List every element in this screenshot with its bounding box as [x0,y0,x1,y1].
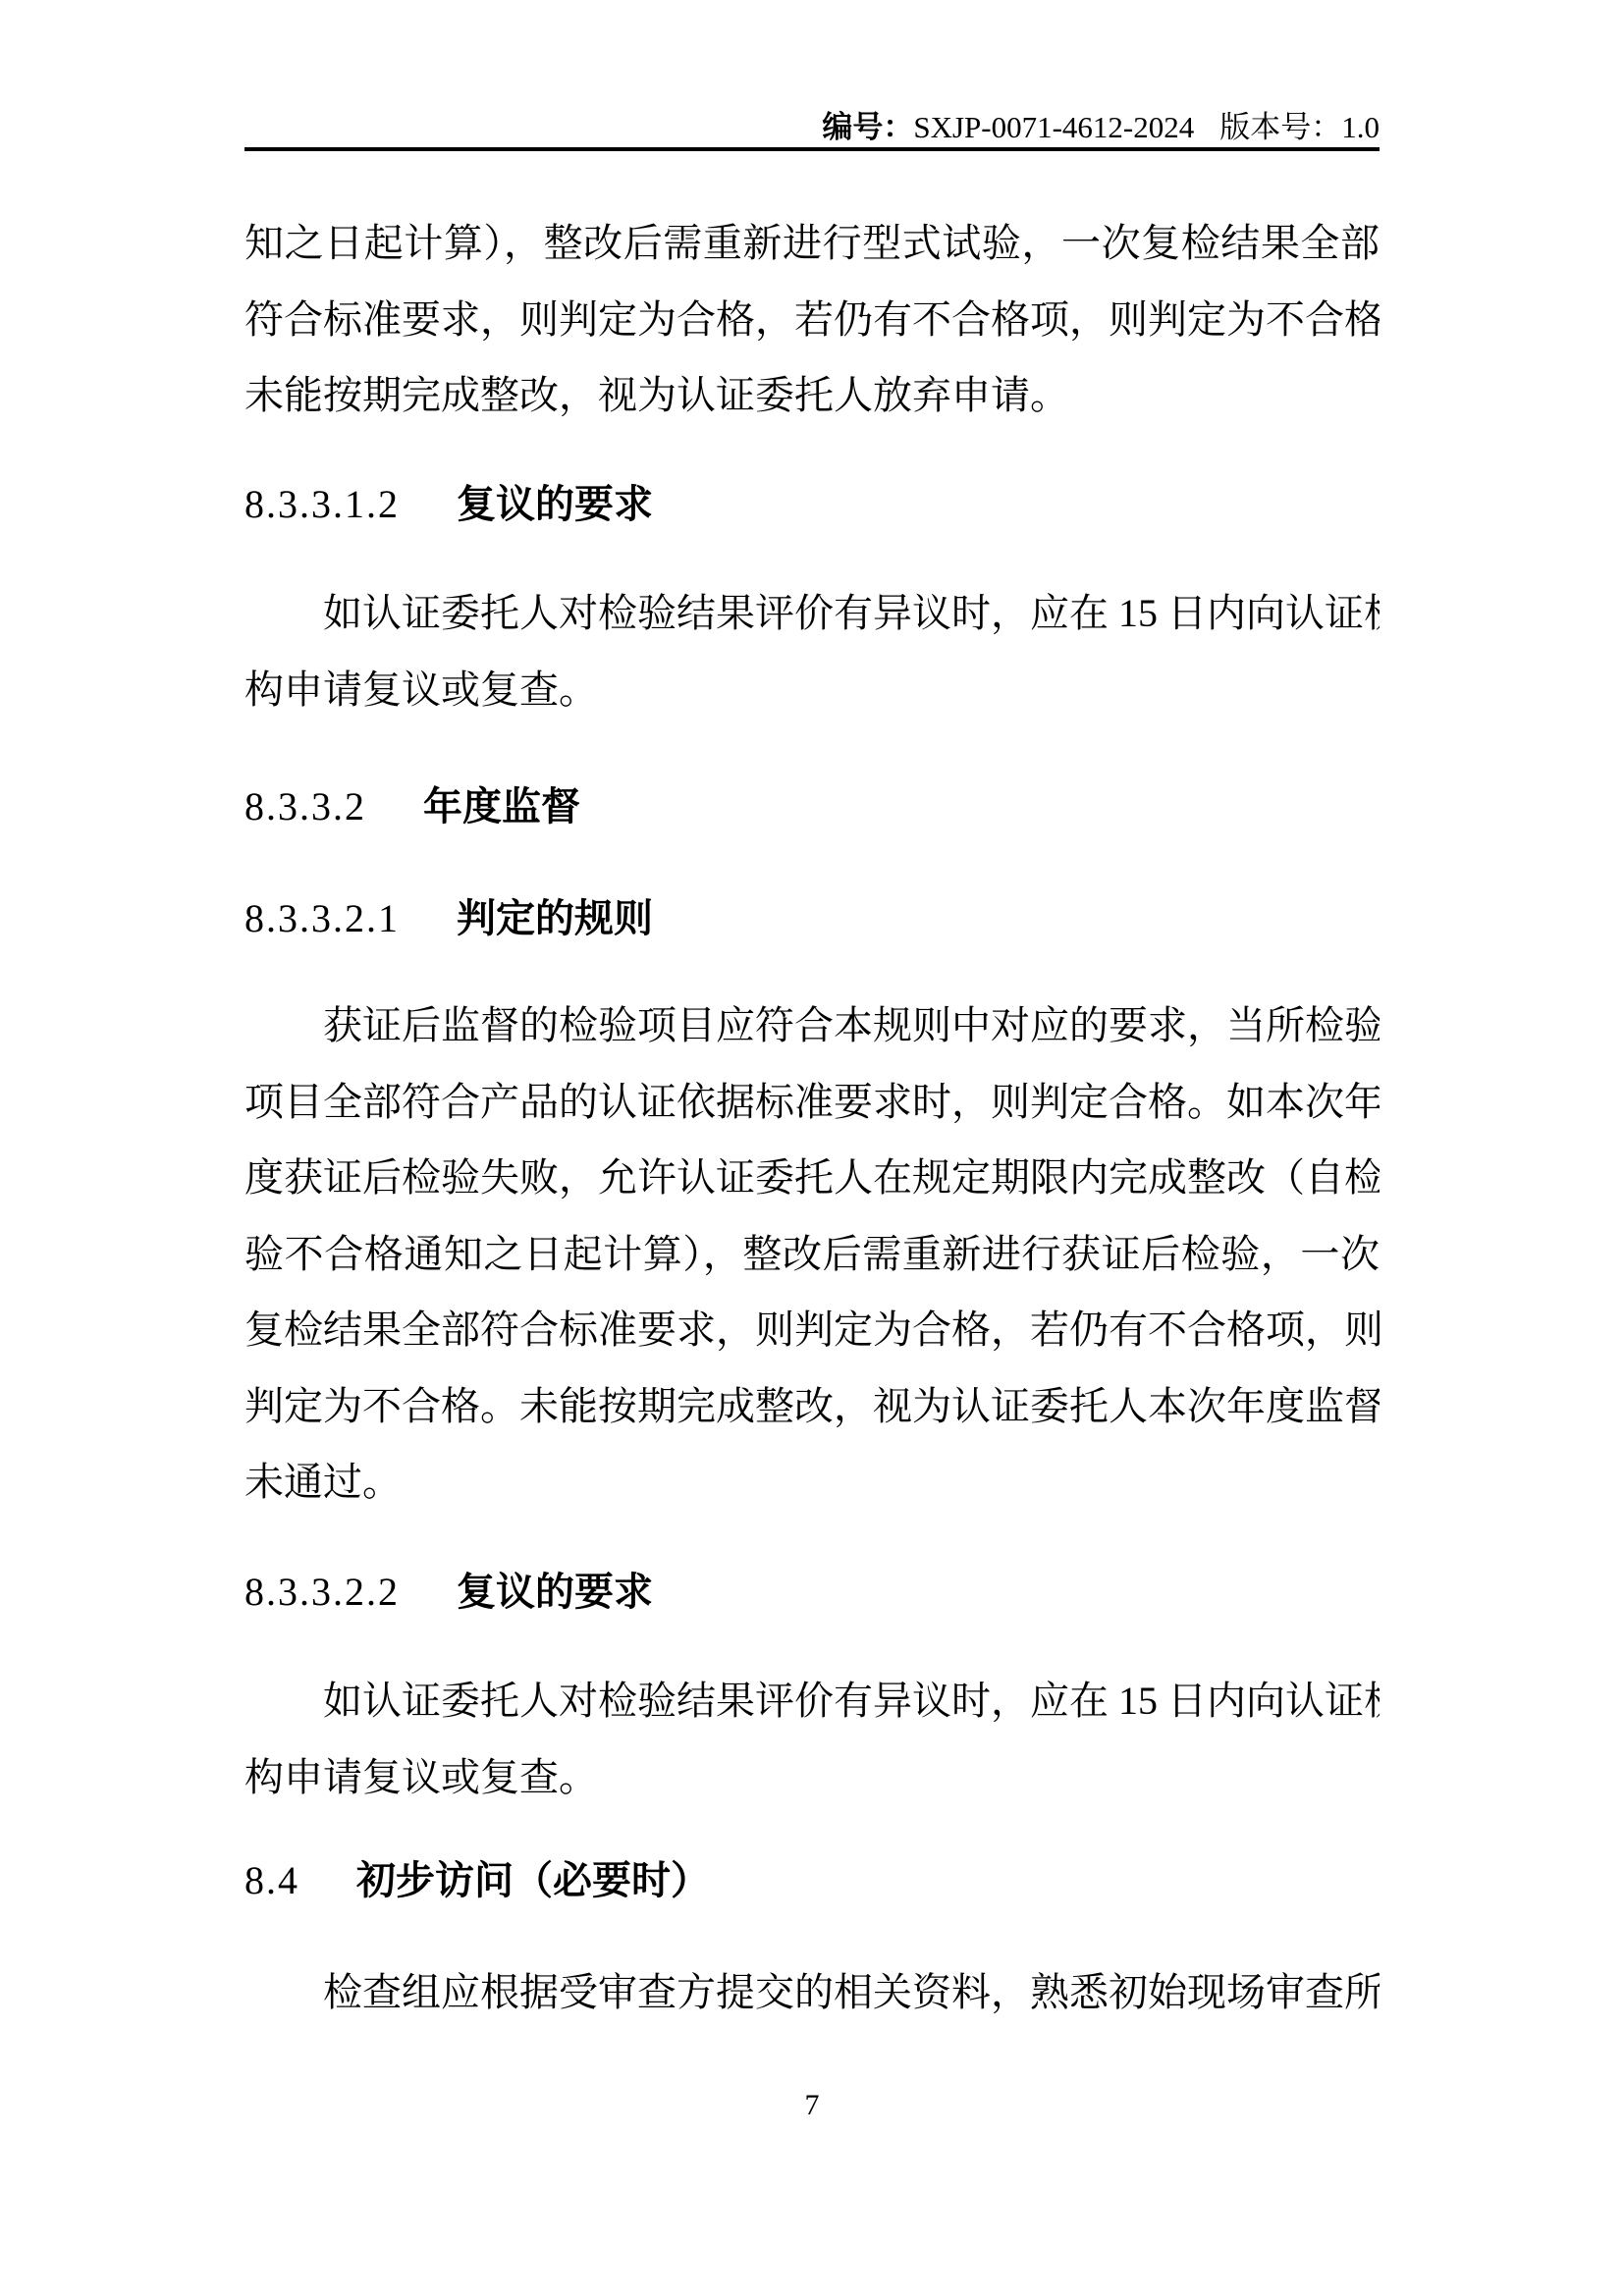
paragraph-line: 构申请复议或复查。 [244,1739,1380,1816]
section-title: 判定的规则 [457,897,653,940]
section-number: 8.4 [244,1858,299,1902]
section-heading-8-3-3-1-2: 8.3.3.1.2复议的要求 [244,483,1380,526]
paragraph-line: 符合标准要求，则判定为合格，若仍有不合格项，则判定为不合格。 [244,282,1380,358]
section-title: 复议的要求 [457,1571,653,1614]
header-rule [244,147,1380,151]
paragraph-line: 如认证委托人对检验结果评价有异议时，应在 15 日内向认证机 [244,575,1380,652]
paragraph-line: 检查组应根据受审查方提交的相关资料，熟悉初始现场审查所 [244,1954,1380,2031]
page-number: 7 [244,2089,1380,2122]
version-label: 版本号： [1219,110,1341,144]
paragraph-line: 知之日起计算），整改后需重新进行型式试验，一次复检结果全部 [244,205,1380,282]
paragraph-line: 未通过。 [244,1444,1380,1521]
document-page: 编号：SXJP-0071-4612-2024版本号：1.0 知之日起计算），整改… [0,0,1624,2296]
section-heading-8-4: 8.4初步访问（必要时） [244,1859,1380,1902]
doc-number-value: SXJP-0071-4612-2024 [913,110,1194,144]
paragraph-line: 项目全部符合产品的认证依据标准要求时，则判定合格。如本次年 [244,1064,1380,1141]
section-title: 复议的要求 [457,483,653,526]
section-heading-8-3-3-2-1: 8.3.3.2.1判定的规则 [244,897,1380,940]
section-heading-8-3-3-2-2: 8.3.3.2.2复议的要求 [244,1571,1380,1614]
paragraph-line: 验不合格通知之日起计算），整改后需重新进行获证后检验，一次 [244,1216,1380,1293]
paragraph-line: 未能按期完成整改，视为认证委托人放弃申请。 [244,357,1380,434]
paragraph-line: 复检结果全部符合标准要求，则判定为合格，若仍有不合格项，则 [244,1292,1380,1368]
version-value: 1.0 [1341,110,1380,144]
paragraph-2: 如认证委托人对检验结果评价有异议时，应在 15 日内向认证机 构申请复议或复查。 [244,575,1380,727]
paragraph-3: 获证后监督的检验项目应符合本规则中对应的要求，当所检验 项目全部符合产品的认证依… [244,988,1380,1521]
paragraph-5: 检查组应根据受审查方提交的相关资料，熟悉初始现场审查所 [244,1954,1380,2031]
paragraph-1: 知之日起计算），整改后需重新进行型式试验，一次复检结果全部 符合标准要求，则判定… [244,205,1380,434]
paragraph-line: 度获证后检验失败，允许认证委托人在规定期限内完成整改（自检 [244,1140,1380,1216]
paragraph-line: 如认证委托人对检验结果评价有异议时，应在 15 日内向认证机 [244,1663,1380,1739]
section-number: 8.3.3.1.2 [244,482,400,526]
section-number: 8.3.3.2.1 [244,896,400,940]
section-title: 初步访问（必要时） [356,1859,710,1902]
page-header: 编号：SXJP-0071-4612-2024版本号：1.0 [244,110,1380,145]
paragraph-4: 如认证委托人对检验结果评价有异议时，应在 15 日内向认证机 构申请复议或复查。 [244,1663,1380,1815]
paragraph-line: 判定为不合格。未能按期完成整改，视为认证委托人本次年度监督 [244,1368,1380,1445]
section-title: 年度监督 [423,785,580,828]
paragraph-line: 获证后监督的检验项目应符合本规则中对应的要求，当所检验 [244,988,1380,1064]
doc-number-label: 编号： [822,110,913,144]
section-number: 8.3.3.2.2 [244,1570,400,1614]
section-number: 8.3.3.2 [244,784,366,828]
section-heading-8-3-3-2: 8.3.3.2年度监督 [244,785,1380,828]
paragraph-line: 构申请复议或复查。 [244,652,1380,728]
